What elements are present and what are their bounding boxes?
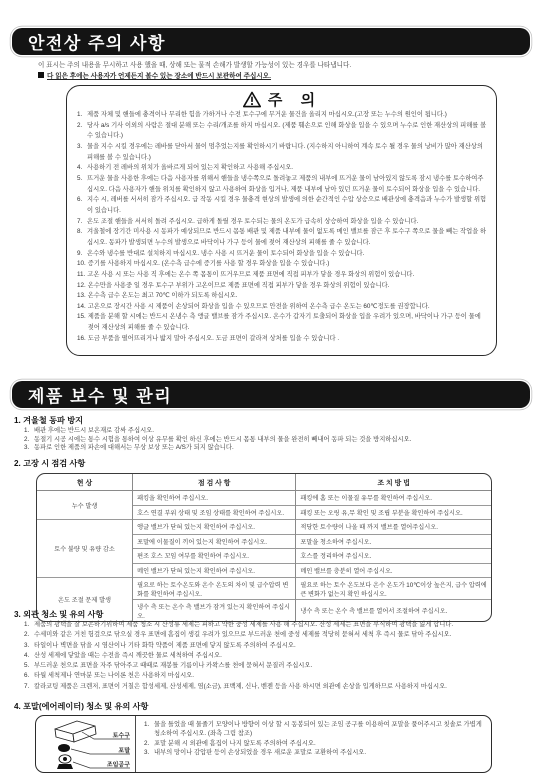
item-number: 2. — [24, 630, 32, 640]
keep-manual-note-text: 다 읽은 후에는 사용자가 언제든지 볼수 있는 장소에 반드시 보관하여 주십… — [47, 70, 271, 80]
table-row: 토수 불량 및 유량 감소앵글 밸브가 닫혀 있는지 확인하여 주십시오.적당한… — [37, 520, 491, 535]
freeze-section-title: 1. 겨울철 동파 방지 — [14, 415, 83, 426]
list-item: 8.겨울철에 장기간 미사용 시 동파가 예상되므로 반드시 몸통 배관 및 제… — [77, 227, 488, 248]
list-item: 2.수세미와 같은 거친 헝겊으로 닦으실 경우 표면에 흠집이 생길 우려가 … — [24, 630, 536, 640]
item-number: 5. — [24, 661, 32, 671]
maintenance-title-bar: 제품 보수 및 관리 — [12, 381, 530, 408]
caution-heading: 주 의 — [77, 89, 488, 109]
item-number: 15. — [77, 312, 86, 333]
item-text: 물을 지수 시킬 경우에는 레바를 닫아서 물이 멈추었는지를 확인하시기 바랍… — [87, 142, 488, 163]
item-text: 수세미와 같은 거친 헝겊으로 닦으실 경우 표면에 흠집이 생길 우려가 있으… — [34, 630, 451, 640]
item-text: 당사 a/s 기사 이외의 사람은 절대 분해 또는 수리/개조를 하지 마십시… — [87, 121, 488, 142]
maintenance-title: 제품 보수 및 관리 — [28, 382, 172, 407]
cleaning-section-title: 3. 외관 청소 및 유의 사항 — [14, 609, 103, 620]
item-text: 온수측 급수 온도는 최고 70℃ 이하가 되도록 하십시오. — [88, 291, 238, 302]
item-text: 타월 세척제나 연마분 또는 나이론 천은 사용하지 마십시오. — [34, 671, 194, 681]
list-item: 13.온수측 급수 온도는 최고 70℃ 이하가 되도록 하십시오. — [77, 291, 488, 302]
action-cell: 호스를 정리하여 주십시오. — [296, 549, 491, 564]
action-cell: 패킹 또는 오링 유,무 확인 및 조립 부분을 확인하여 주십시오. — [296, 505, 491, 520]
item-number: 2. — [77, 121, 85, 142]
item-text: 사용하기 전 레바의 위치가 올바르게 되어 있는지 확인하고 사용해 주십시오… — [87, 163, 293, 174]
item-number: 2. — [24, 436, 32, 445]
list-item: 3.물을 지수 시킬 경우에는 레바를 닫아서 물이 멈추었는지를 확인하시기 … — [77, 142, 488, 163]
item-text: 지수 시, 레버를 서서히 잠가 주십시오. 급 작동 시킬 경우 물충격 현상… — [87, 195, 488, 216]
item-number: 10. — [77, 259, 86, 270]
action-cell: 패킹에 홈 또는 이물질 유무를 확인하여 주십시오. — [296, 491, 491, 506]
item-number: 3. — [24, 444, 32, 453]
symptom-cell: 토수 불량 및 유량 감소 — [37, 520, 133, 578]
check-cell: 메인 밸브가 닫혀 있는지 확인하여 주십시오. — [133, 563, 296, 578]
check-cell: 편조 호스 꼬임 여부를 확인하여 주십시오. — [133, 549, 296, 564]
item-text: 칼라코팅 제품은 크렌저, 표면이 거칠은 합성세제, 산성세제, 염(소금),… — [34, 682, 447, 692]
label-spout: 토수구 — [113, 731, 131, 739]
item-text: 제품 자체 및 핸들에 충격이나 무리한 힘을 가하거나 수전 토수구에 무거운… — [87, 110, 447, 121]
list-item: 14.고온으로 장시간 사용 시 제품이 손상되어 화상을 입을 수 있으므로 … — [77, 302, 488, 313]
item-number: 8. — [77, 227, 85, 248]
list-item: 1.물을 틀었을 때 물줄기 모양이나 방향이 이상 할 시 동봉되어 있는 조… — [144, 720, 485, 739]
item-text: 온수만을 사용중 일 경우 토수구 부위가 고온이므로 제품 표면에 직접 피부… — [88, 281, 390, 292]
item-number: 6. — [77, 195, 85, 216]
item-number: 7. — [77, 217, 85, 228]
troubleshoot-section-title: 2. 고장 시 점검 사항 — [14, 458, 85, 469]
item-number: 7. — [24, 682, 32, 692]
list-item: 7.칼라코팅 제품은 크렌저, 표면이 거칠은 합성세제, 산성세제, 염(소금… — [24, 682, 536, 692]
list-item: 7.온도 조절 핸들을 서서히 돌려 주십시오. 급하게 돌릴 경우 토수되는 … — [77, 217, 488, 228]
square-bullet-icon — [38, 72, 44, 78]
cleaning-list: 1.제품의 광택을 잘 보존하기위하여 제품 청소 시 산성류 세제는 피하고 … — [24, 620, 536, 692]
item-number: 1. — [144, 720, 152, 739]
item-number: 2. — [144, 739, 152, 748]
item-number: 14. — [77, 302, 86, 313]
safety-title-bar: 안전상 주의 사항 — [12, 28, 530, 55]
item-number: 3. — [77, 142, 85, 163]
list-item: 4.산성 세제에 닿았을 때는 수전을 즉시 깨끗한 물로 세척하여 주십시오. — [24, 651, 536, 661]
check-cell: 포말에 이물질이 끼어 있는지 확인하여 주십시오. — [133, 534, 296, 549]
item-number: 1. — [77, 110, 85, 121]
list-item: 2.동절기 시공 시에는 통수 시험을 통하여 이상 유무를 확인 하신 후에는… — [24, 436, 536, 445]
item-text: 겨울철에 장기간 미사용 시 동파가 예상되므로 반드시 몸통 배관 및 제품 … — [87, 227, 488, 248]
list-item: 16.도금 부품을 떨어뜨리거나 밟지 말아 주십시오. 도금 표면이 갈라져 … — [77, 334, 488, 345]
list-item: 5.뜨거운 물을 사용한 후에는 다음 사용자를 위해서 핸들을 냉수쪽으로 돌… — [77, 174, 488, 195]
list-item: 15.제품을 분해 할 시에는 반드시 온냉수 측 앵글 밸브를 잠가 주십시오… — [77, 312, 488, 333]
symptom-cell: 누수 발생 — [37, 491, 133, 520]
item-text: 도금 부품을 떨어뜨리거나 밟지 말아 주십시오. 도금 표면이 갈라져 상처를… — [88, 334, 339, 345]
item-number: 1. — [24, 427, 32, 436]
list-item: 1.제품의 광택을 잘 보존하기위하여 제품 청소 시 산성류 세제는 피하고 … — [24, 620, 536, 630]
col-header-check: 점 검 사 항 — [133, 474, 296, 491]
aerator-list: 1.물을 틀었을 때 물줄기 모양이나 방향이 이상 할 시 동봉되어 있는 조… — [144, 720, 485, 758]
item-text: 온수와 냉수를 반대로 설치하지 마십시오. 냉수 사용 시 뜨거운 물이 토수… — [87, 249, 364, 260]
action-cell: 필요로 하는 토수 온도보다 온수 온도가 10℃이상 높은지, 급수 압력에 … — [296, 578, 491, 600]
item-text: 배관 후에는 반드시 보온재로 감싸 주십시오. — [34, 427, 154, 436]
check-cell: 호스 연결 부위 상태 및 조임 상태를 확인하여 주십시오. — [133, 505, 296, 520]
item-text: 증기를 사용하지 마십시오. (온수측 급수에 증기를 사용 할 경우 화상을 … — [88, 259, 330, 270]
item-text: 뜨거운 물을 사용한 후에는 다음 사용자를 위해서 핸들을 냉수쪽으로 돌려놓… — [87, 174, 488, 195]
manual-page: 안전상 주의 사항 이 표시는 주의 내용을 무시하고 사용 했을 때, 상해 … — [0, 0, 542, 782]
action-cell: 적당한 토수량이 나올 때 까지 밸브를 열어주십시오. — [296, 520, 491, 535]
label-aerator: 포말 — [118, 746, 130, 754]
label-tool: 조임공구 — [107, 760, 130, 768]
list-item: 9.온수와 냉수를 반대로 설치하지 마십시오. 냉수 사용 시 뜨거운 물이 … — [77, 249, 488, 260]
item-text: 타일이나 벽면을 닦을 시 염산이나 기타 화학 약품이 제품 표면에 닿지 않… — [34, 641, 296, 651]
caution-title-text: 주 의 — [268, 89, 322, 110]
table-header-row: 현 상 점 검 사 항 조 치 방 법 — [37, 474, 491, 491]
item-text: 산성 세제에 닿았을 때는 수전을 즉시 깨끗한 물로 세척하여 주십시오. — [34, 651, 222, 661]
aerator-box: 토수구 포말 조임공구 1.물을 틀었을 때 물줄기 모양이나 방향이 이상 할… — [35, 715, 492, 773]
check-cell: 냉수 측 또는 온수 측 밸브가 잠겨 있는지 확인하여 주십시오. — [133, 600, 296, 622]
aerator-section-title: 4. 포말(에어레이터) 청소 및 유의 사항 — [14, 701, 148, 712]
list-item: 2.포말 분해 시 외관에 흠집이 나지 않도록 주의하여 주십시오. — [144, 739, 485, 748]
item-number: 1. — [24, 620, 32, 630]
item-text: 내부의 망이나 감압판 등이 손상되었을 경우 새로운 포말로 교환하여 주십시… — [154, 748, 366, 757]
check-cell: 필요로 하는 토수온도와 온수 온도의 차이 및 급수압력 변화를 확인하여 주… — [133, 578, 296, 600]
list-item: 1.제품 자체 및 핸들에 충격이나 무리한 힘을 가하거나 수전 토수구에 무… — [77, 110, 488, 121]
list-item: 1.배관 후에는 반드시 보온재로 감싸 주십시오. — [24, 427, 536, 436]
item-number: 3. — [24, 641, 32, 651]
freeze-list: 1.배관 후에는 반드시 보온재로 감싸 주십시오.2.동절기 시공 시에는 통… — [24, 427, 536, 453]
item-number: 13. — [77, 291, 86, 302]
item-number: 9. — [77, 249, 85, 260]
caution-list: 1.제품 자체 및 핸들에 충격이나 무리한 힘을 가하거나 수전 토수구에 무… — [77, 110, 488, 344]
list-item: 4.사용하기 전 레바의 위치가 올바르게 되어 있는지 확인하고 사용해 주십… — [77, 163, 488, 174]
safety-intro-text: 이 표시는 주의 내용을 무시하고 사용 했을 때, 상해 또는 물적 손해가 … — [38, 59, 532, 69]
warning-triangle-icon — [243, 91, 261, 108]
faucet-parts-diagram-icon: 토수구 포말 조임공구 — [38, 718, 133, 771]
item-text: 물을 틀었을 때 물줄기 모양이나 방향이 이상 할 시 동봉되어 있는 조임 … — [154, 720, 485, 739]
page-title: 안전상 주의 사항 — [28, 29, 166, 54]
check-cell: 패킹을 확인하여 주십시오. — [133, 491, 296, 506]
item-text: 부드러운 천으로 표면을 자주 닦아주고 때때로 재봉틀 기름이나 카왁스를 천… — [34, 661, 312, 671]
item-text: 고온 사용 시 또는 사용 직 후에는 온수 쪽 몸통이 뜨거우므로 제품 표면… — [87, 270, 414, 281]
item-text: 동절기 시공 시에는 통수 시험을 통하여 이상 유무를 확인 하신 후에는 반… — [34, 436, 411, 445]
list-item: 5.부드러운 천으로 표면을 자주 닦아주고 때때로 재봉틀 기름이나 카왁스를… — [24, 661, 536, 671]
item-number: 4. — [24, 651, 32, 661]
table-row: 누수 발생패킹을 확인하여 주십시오.패킹에 홈 또는 이물질 유무를 확인하여… — [37, 491, 491, 506]
item-number: 11. — [77, 270, 85, 281]
list-item: 2.당사 a/s 기사 이외의 사람은 절대 분해 또는 수리/개조를 하지 마… — [77, 121, 488, 142]
item-text: 제품의 광택을 잘 보존하기위하여 제품 청소 시 산성류 세제는 피하고 약한… — [34, 620, 453, 630]
item-text: 고온으로 장시간 사용 시 제품이 손상되어 화상을 입을 수 있으므로 안전을… — [88, 302, 430, 313]
item-number: 16. — [77, 334, 86, 345]
list-item: 3.동파로 인한 제품의 파손에 대해서는 무상 보상 또는 A/S가 되지 않… — [24, 444, 536, 453]
item-number: 12. — [77, 281, 86, 292]
list-item: 12.온수만을 사용중 일 경우 토수구 부위가 고온이므로 제품 표면에 직접… — [77, 281, 488, 292]
item-number: 3. — [144, 748, 152, 757]
table-row: 온도 조절 문제 발생필요로 하는 토수온도와 온수 온도의 차이 및 급수압력… — [37, 578, 491, 600]
action-cell: 냉수 측 또는 온수 측 밸브를 열어서 조절하여 주십시오. — [296, 600, 491, 622]
action-cell: 포말을 청소하여 주십시오. — [296, 534, 491, 549]
troubleshoot-table: 현 상 점 검 사 항 조 치 방 법 누수 발생패킹을 확인하여 주십시오.패… — [36, 473, 492, 622]
caution-box: 주 의 1.제품 자체 및 핸들에 충격이나 무리한 힘을 가하거나 수전 토수… — [66, 85, 497, 356]
item-text: 동파로 인한 제품의 파손에 대해서는 무상 보상 또는 A/S가 되지 않습니… — [34, 444, 234, 453]
check-cell: 앵글 밸브가 닫혀 있는지 확인하여 주십시오. — [133, 520, 296, 535]
list-item: 11.고온 사용 시 또는 사용 직 후에는 온수 쪽 몸통이 뜨거우므로 제품… — [77, 270, 488, 281]
list-item: 3.타일이나 벽면을 닦을 시 염산이나 기타 화학 약품이 제품 표면에 닿지… — [24, 641, 536, 651]
aerator-diagram: 토수구 포말 조임공구 — [36, 716, 136, 772]
col-header-symptom: 현 상 — [37, 474, 133, 491]
item-text: 온도 조절 핸들을 서서히 돌려 주십시오. 급하게 돌릴 경우 토수되는 물의… — [87, 217, 418, 228]
list-item: 6.지수 시, 레버를 서서히 잠가 주십시오. 급 작동 시킬 경우 물충격 … — [77, 195, 488, 216]
item-number: 4. — [77, 163, 85, 174]
list-item: 3.내부의 망이나 감압판 등이 손상되었을 경우 새로운 포말로 교환하여 주… — [144, 748, 485, 757]
keep-manual-note: 다 읽은 후에는 사용자가 언제든지 볼수 있는 장소에 반드시 보관하여 주십… — [38, 70, 271, 80]
item-text: 포말 분해 시 외관에 흠집이 나지 않도록 주의하여 주십시오. — [154, 739, 316, 748]
list-item: 6.타월 세척제나 연마분 또는 나이론 천은 사용하지 마십시오. — [24, 671, 536, 681]
item-number: 5. — [77, 174, 85, 195]
action-cell: 메인 밸브를 충분히 열어 주십시오. — [296, 563, 491, 578]
list-item: 10.증기를 사용하지 마십시오. (온수측 급수에 증기를 사용 할 경우 화… — [77, 259, 488, 270]
item-number: 6. — [24, 671, 32, 681]
item-text: 제품을 분해 할 시에는 반드시 온냉수 측 앵글 밸브를 잠가 주십시오. 온… — [88, 312, 488, 333]
col-header-action: 조 치 방 법 — [296, 474, 491, 491]
